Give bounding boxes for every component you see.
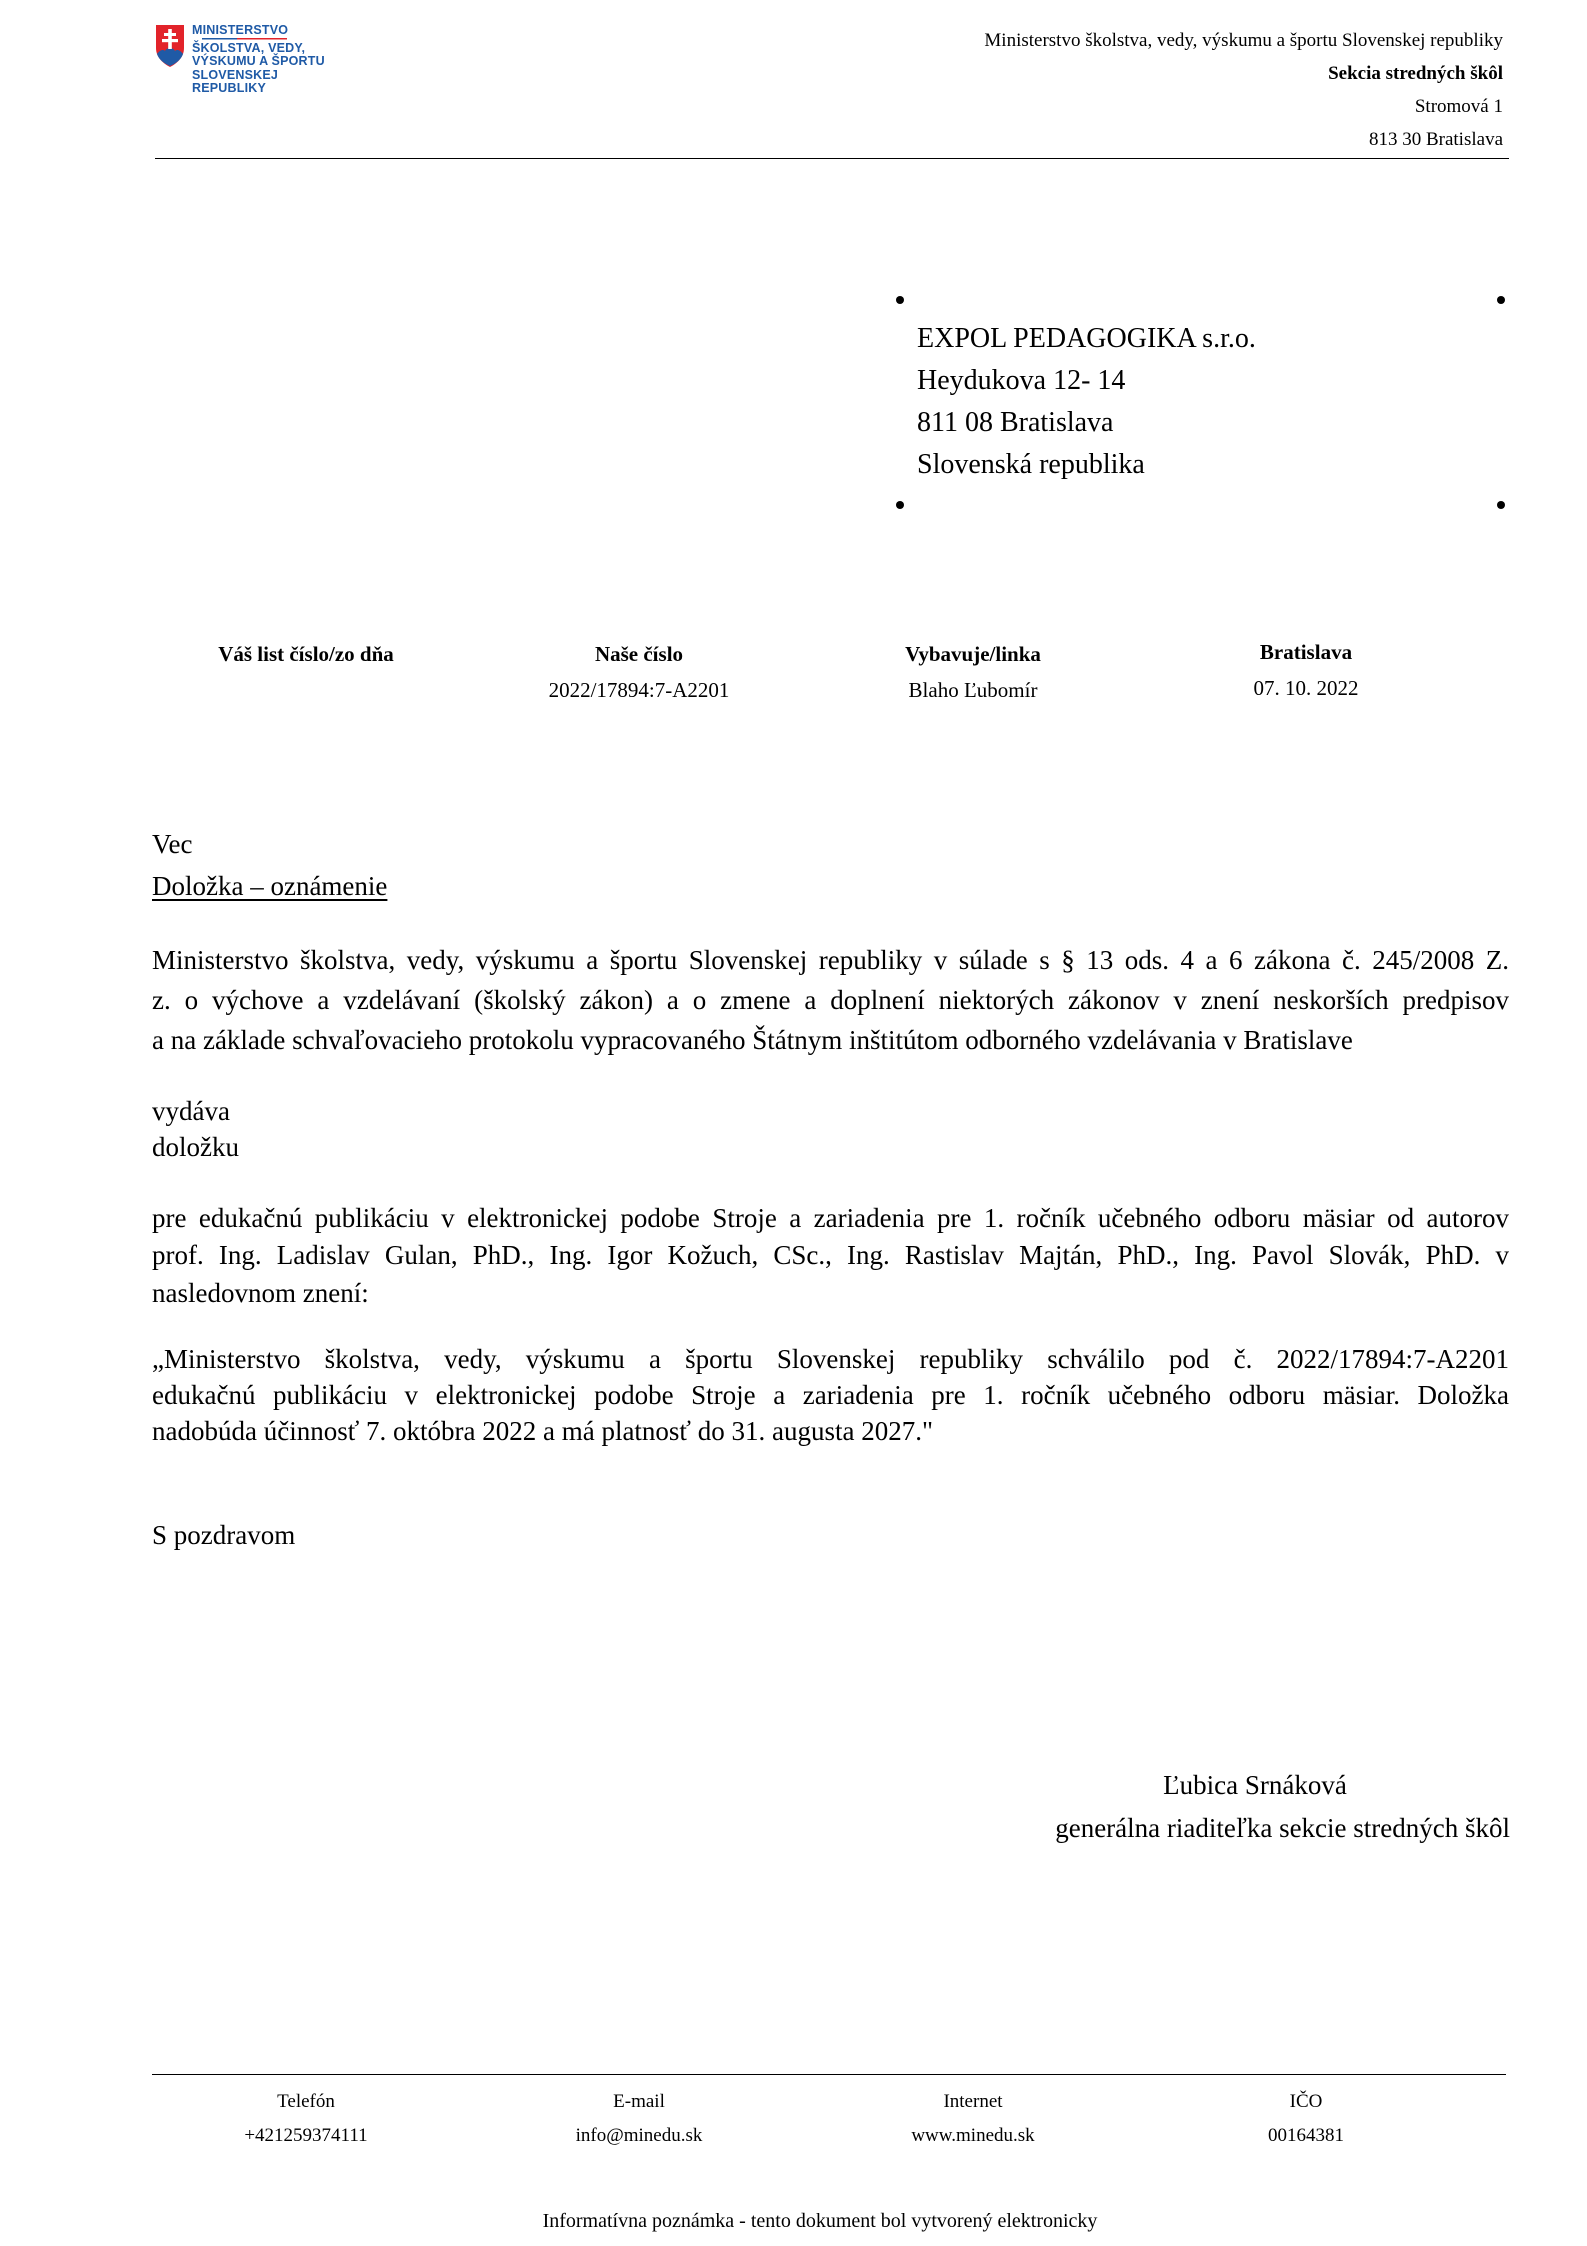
ref-label-your-letter: Váš list číslo/zo dňa — [141, 643, 471, 665]
paragraph-line: Ministerstvo školstva, vedy, výskumu a š… — [152, 945, 1509, 975]
signatory-title: generálna riaditeľka sekcie stredných šk… — [1000, 1813, 1510, 1843]
recipient-name: EXPOL PEDAGOGIKA s.r.o. — [917, 324, 1256, 354]
address-corner-mark — [896, 501, 904, 509]
closing-text: S pozdravom — [152, 1520, 295, 1550]
recipient-city: 811 08 Bratislava — [917, 408, 1113, 438]
ref-value-handled-by: Blaho Ľubomír — [808, 679, 1138, 701]
address-corner-mark — [896, 296, 904, 304]
paragraph-line: nasledovnom znení: — [152, 1278, 1509, 1308]
ref-label-handled-by: Vybavuje/linka — [808, 643, 1138, 665]
header-ministry: Ministerstvo školstva, vedy, výskumu a š… — [984, 31, 1503, 51]
footer-value-internet[interactable]: www.minedu.sk — [808, 2126, 1138, 2146]
recipient-country: Slovenská republika — [917, 450, 1145, 480]
slovak-coat-of-arms-icon — [155, 24, 185, 68]
footer-label-email: E-mail — [474, 2092, 804, 2112]
ref-label-our-number: Naše číslo — [474, 643, 804, 665]
paragraph-line: edukačnú publikáciu v elektronickej podo… — [152, 1380, 1509, 1410]
ref-value-date: 07. 10. 2022 — [1141, 677, 1471, 699]
paragraph-line: nadobúda účinnosť 7. októbra 2022 a má p… — [152, 1416, 1509, 1446]
footer-value-phone: +421259374111 — [141, 2126, 471, 2146]
address-corner-mark — [1497, 501, 1505, 509]
address-corner-mark — [1497, 296, 1505, 304]
footer-label-ico: IČO — [1141, 2092, 1471, 2112]
clause-text: doložku — [152, 1132, 239, 1162]
header-city: 813 30 Bratislava — [1369, 130, 1503, 150]
signatory-name: Ľubica Srnáková — [1005, 1770, 1505, 1800]
footer-value-email[interactable]: info@minedu.sk — [474, 2126, 804, 2146]
ministry-logo: MINISTERSTVO ŠKOLSTVA, VEDY, VÝSKUMU A Š… — [155, 24, 355, 90]
paragraph-line: „Ministerstvo školstva, vedy, výskumu a … — [152, 1344, 1509, 1374]
paragraph-line: z. o výchove a vzdelávaní (školský zákon… — [152, 985, 1509, 1015]
header-section: Sekcia stredných škôl — [1328, 64, 1503, 84]
footer-label-phone: Telefón — [141, 2092, 471, 2112]
subject-label: Vec — [152, 829, 192, 859]
paragraph-line: prof. Ing. Ladislav Gulan, PhD., Ing. Ig… — [152, 1240, 1509, 1270]
ref-label-place: Bratislava — [1141, 641, 1471, 663]
header-divider — [155, 158, 1509, 159]
recipient-street: Heydukova 12- 14 — [917, 366, 1125, 396]
electronic-document-note: Informatívna poznámka - tento dokument b… — [0, 2210, 1587, 2232]
logo-text: MINISTERSTVO ŠKOLSTVA, VEDY, VÝSKUMU A Š… — [192, 24, 355, 96]
ref-value-our-number: 2022/17894:7-A2201 — [474, 679, 804, 701]
paragraph-line: a na základe schvaľovacieho protokolu vy… — [152, 1025, 1509, 1055]
subject-title: Doložka – oznámenie — [152, 871, 387, 901]
issues-text: vydáva — [152, 1096, 230, 1126]
footer-divider — [152, 2074, 1506, 2075]
footer-label-internet: Internet — [808, 2092, 1138, 2112]
header-street: Stromová 1 — [1415, 97, 1503, 117]
footer-value-ico: 00164381 — [1141, 2126, 1471, 2146]
paragraph-line: pre edukačnú publikáciu v elektronickej … — [152, 1203, 1509, 1233]
